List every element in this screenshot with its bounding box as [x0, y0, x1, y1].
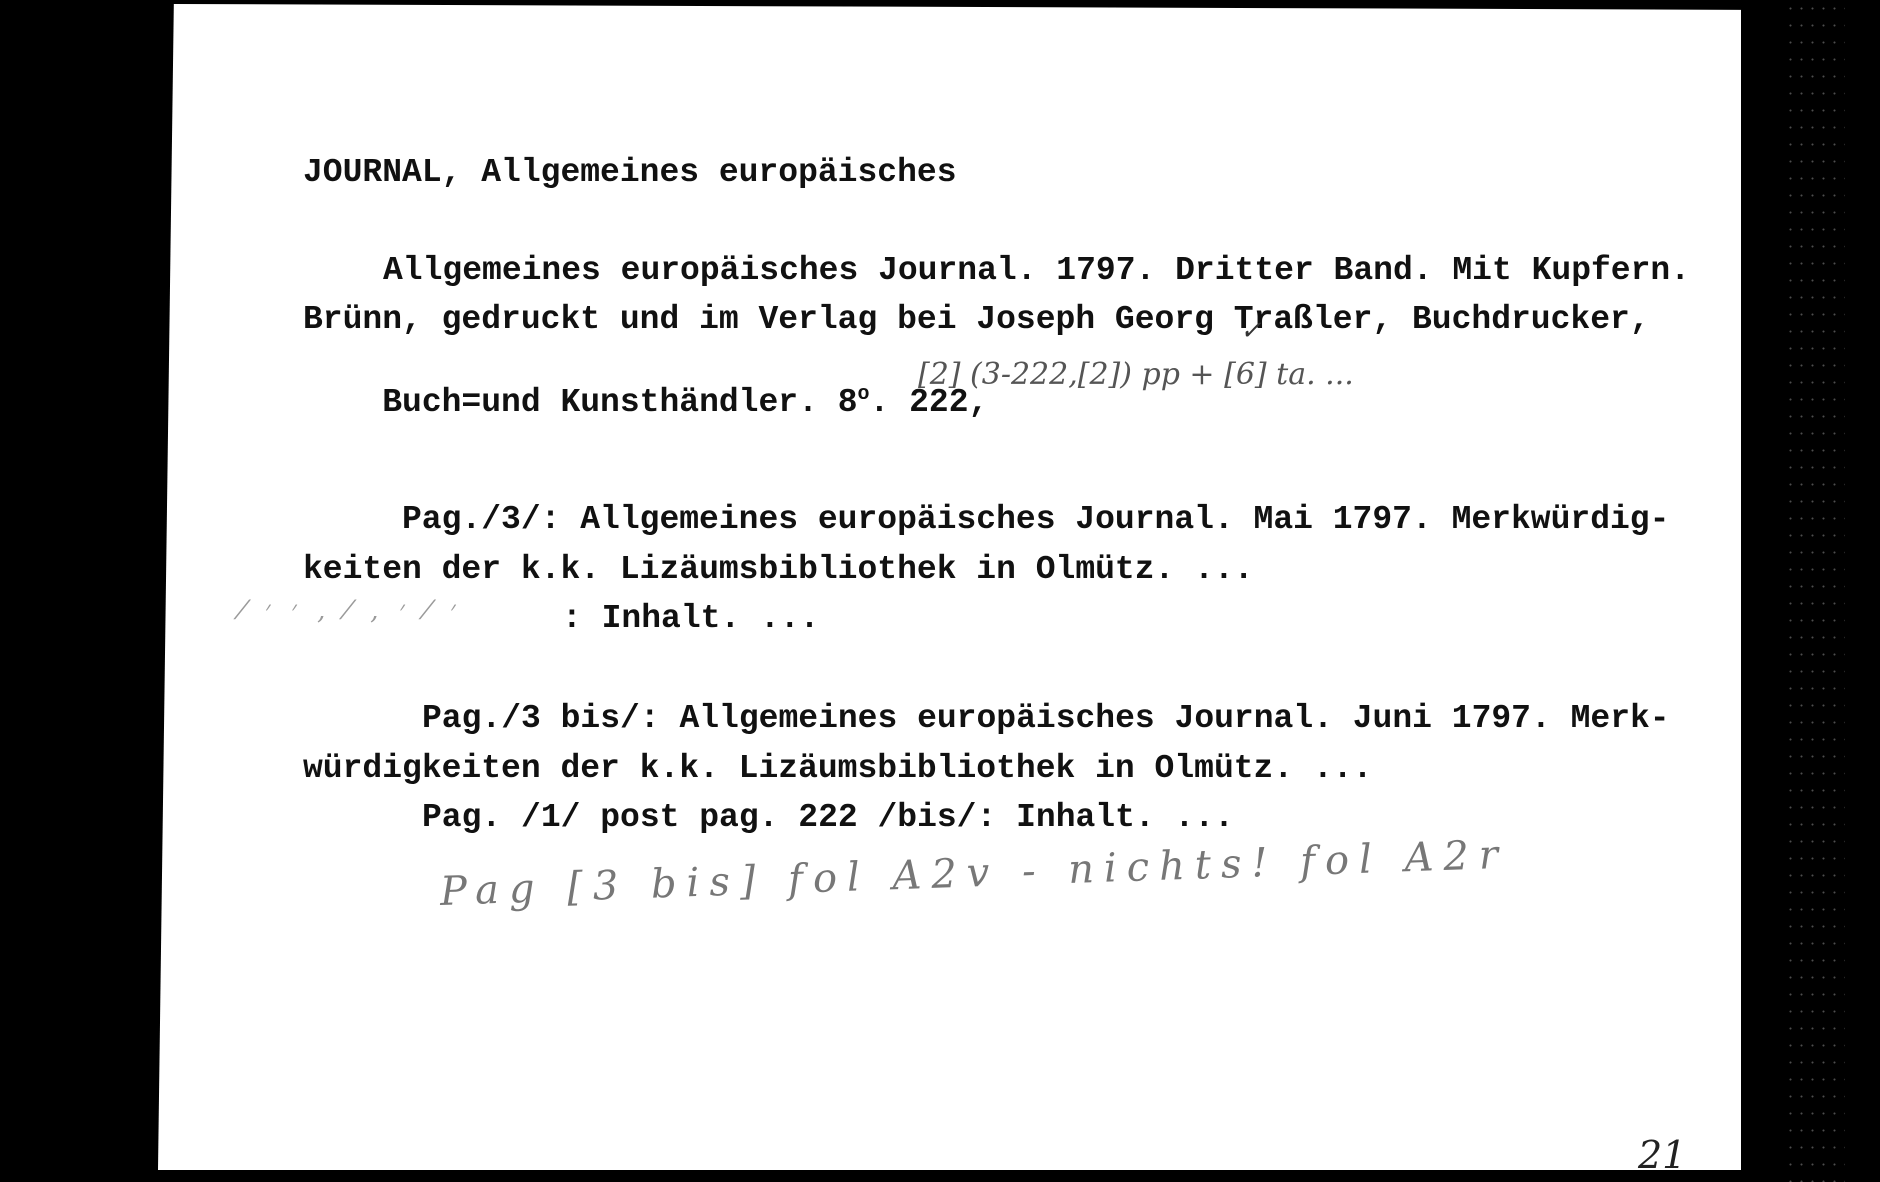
handwritten-checkmark: ✓ — [1240, 318, 1262, 344]
scan-background: JOURNAL, Allgemeines europäisches Allgem… — [0, 0, 1880, 1182]
section-2-line-3: Pag. /1/ post pag. 222 /bis/: Inhalt. ..… — [422, 801, 1234, 834]
octavo-degree: o — [858, 383, 870, 406]
scanner-noise-strip — [1785, 0, 1845, 1182]
section-1-line-3: : Inhalt. ... — [562, 602, 819, 635]
section-1-line-2: keiten der k.k. Lizäumsbibliothek in Olm… — [303, 553, 1254, 586]
entry-line-3: Buch=und Kunsthändler. 8o. 222, — [303, 352, 988, 452]
section-1-line-1: Pag./3/: Allgemeines europäisches Journa… — [402, 503, 1669, 536]
handwritten-collation: [2] (3-222,[2]) pp + [6] ta. ... — [918, 360, 1354, 390]
entry-line-3-prefix: Buch=und Kunsthändler. 8 — [382, 384, 857, 421]
section-2-line-2: würdigkeiten der k.k. Lizäumsbibliothek … — [303, 752, 1372, 785]
page-number: 21 — [1638, 1136, 1686, 1174]
entry-line-2: Brünn, gedruckt und im Verlag bei Joseph… — [303, 303, 1650, 336]
section-2-line-1: Pag./3 bis/: Allgemeines europäisches Jo… — [422, 702, 1670, 735]
section-1-handwritten-margin: ⁄ ׳ ⁄ ׳ , ⁄ , ׳ ׳ — [240, 598, 462, 624]
card-heading: JOURNAL, Allgemeines europäisches — [303, 156, 957, 189]
entry-line-1: Allgemeines europäisches Journal. 1797. … — [383, 254, 1690, 287]
